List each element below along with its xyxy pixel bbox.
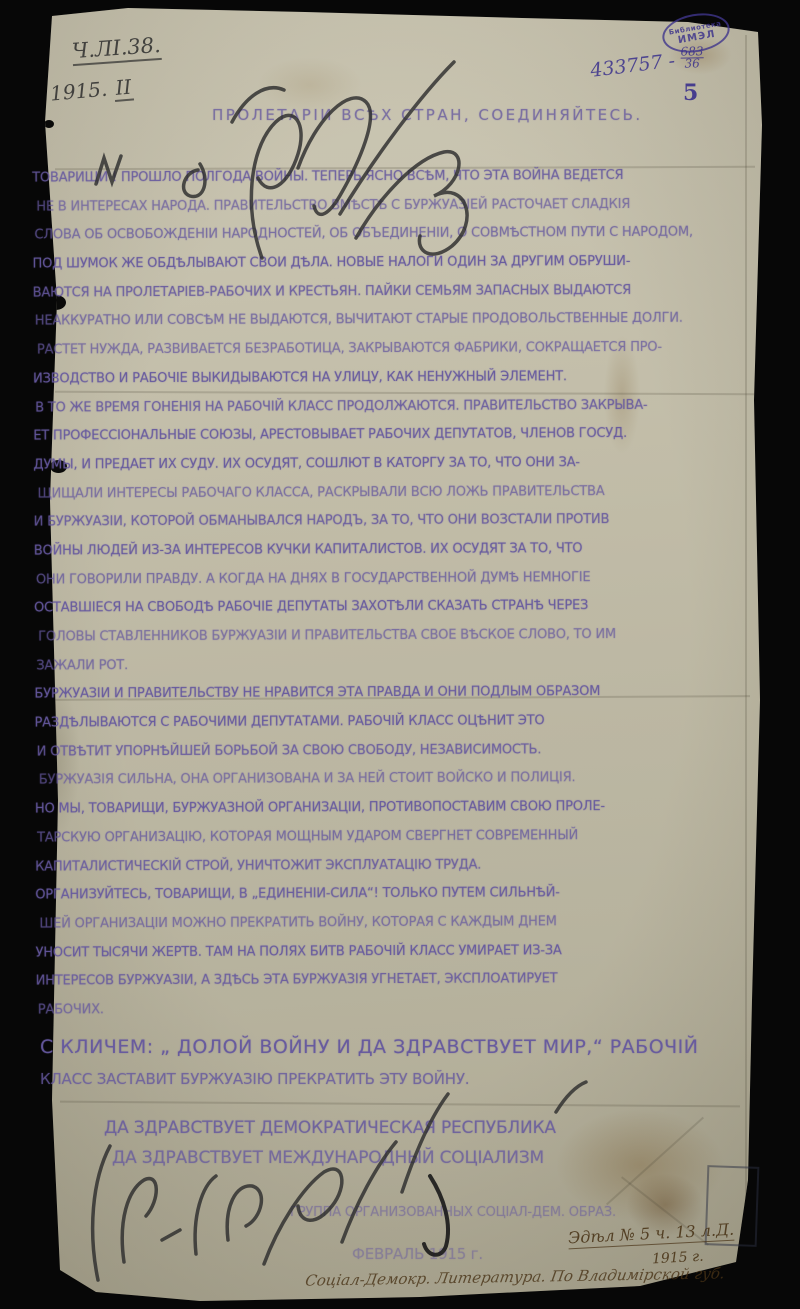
text-line: НО МЫ, ТОВАРИЩИ, БУРЖУАЗНОЙ ОРГАНИЗАЦІИ,… bbox=[35, 793, 755, 825]
slogan-socialism: ДА ЗДРАВСТВУЕТ МЕЖДУНАРОДНЫЙ СОЦІАЛИЗМ bbox=[112, 1148, 544, 1168]
text-line: ТОВАРИЩИ ! ПРОШЛО ПОЛГОДА ВОЙНЫ. ТЕПЕРЬ … bbox=[32, 161, 752, 193]
text-line: ЗАЖАЛИ РОТ. bbox=[36, 649, 754, 681]
text-line: И БУРЖУАЗІИ, КОТОРОЙ ОБМАНЫВАЛСЯ НАРОДЪ,… bbox=[34, 506, 754, 538]
text-line: ИЗВОДСТВО И РАБОЧІЕ ВЫКИДЫВАЮТСЯ НА УЛИЦ… bbox=[33, 362, 753, 394]
text-line: УНОСИТ ТЫСЯЧИ ЖЕРТВ. ТАМ НА ПОЛЯХ БИТВ Р… bbox=[36, 936, 756, 968]
text-line: ОНИ ГОВОРИЛИ ПРАВДУ. А КОГДА НА ДНЯХ В Г… bbox=[36, 563, 754, 595]
document-scan-background: Ч.ЛІ.38. 1915. ІІ Библиотека ИМЭЛ 433757… bbox=[0, 0, 800, 1309]
text-line: ГОЛОВЫ СТАВЛЕННИКОВ БУРЖУАЗІИ И ПРАВИТЕЛ… bbox=[38, 620, 754, 652]
text-line: ЩИЩАЛИ ИНТЕРЕСЫ РАБОЧАГО КЛАССА, РАСКРЫВ… bbox=[38, 477, 754, 509]
text-line: ДУМЫ, И ПРЕДАЕТ ИХ СУДУ. ИХ ОСУДЯТ, СОШЛ… bbox=[33, 448, 753, 480]
archive-year: 1915. bbox=[49, 77, 108, 106]
text-line: БУРЖУАЗІИ И ПРАВИТЕЛЬСТВУ НЕ НРАВИТСЯ ЭТ… bbox=[34, 678, 754, 710]
crease-line bbox=[606, 1117, 704, 1205]
text-line: СЛОВА ОБ ОСВОБОЖДЕНІИ НАРОДНОСТЕЙ, ОБ ОБ… bbox=[34, 219, 752, 251]
closing-call-line1: С КЛИЧЕМ: „ ДОЛОЙ ВОЙНУ И ДА ЗДРАВСТВУЕТ… bbox=[40, 1036, 699, 1058]
text-line: ВОЙНЫ ЛЮДЕЙ ИЗ-ЗА ИНТЕРЕСОВ КУЧКИ КАПИТА… bbox=[34, 534, 754, 566]
text-line: ЕТ ПРОФЕССІОНАЛЬНЫЕ СОЮЗЫ, АРЕСТОВЫВАЕТ … bbox=[33, 420, 753, 452]
text-line: ОРГАНИЗУЙТЕСЬ, ТОВАРИЩИ, В „ЕДИНЕНІИ-СИЛ… bbox=[35, 879, 755, 911]
text-line: НЕ В ИНТЕРЕСАХ НАРОДА. ПРАВИТЕЛЬСТВО ВМѢ… bbox=[36, 190, 752, 222]
text-line: ОСТАВШІЕСЯ НА СВОБОДѢ РАБОЧІЕ ДЕПУТАТЫ З… bbox=[34, 592, 754, 624]
slogan-republic: ДА ЗДРАВСТВУЕТ ДЕМОКРАТИЧЕСКАЯ РЕСПУБЛИК… bbox=[104, 1118, 556, 1138]
text-line: И ОТВѢТИТ УПОРНѢЙШЕЙ БОРЬБОЙ ЗА СВОЮ СВО… bbox=[37, 735, 755, 767]
signature-date: ФЕВРАЛЬ 1915 г. bbox=[352, 1245, 483, 1263]
text-line: ШЕЙ ОРГАНИЗАЦІИ МОЖНО ПРЕКРАТИТЬ ВОЙНУ, … bbox=[39, 907, 755, 939]
leaflet-body-text: ТОВАРИЩИ ! ПРОШЛО ПОЛГОДА ВОЙНЫ. ТЕПЕРЬ … bbox=[32, 161, 756, 1025]
text-line: ПОД ШУМОК ЖЕ ОБДѢЛЫВАЮТ СВОИ ДѢЛА. НОВЫЕ… bbox=[33, 247, 753, 279]
header-slogan: ПРОЛЕТАРІИ ВСѢХ СТРАН, СОЕДИНЯЙТЕСЬ. bbox=[212, 106, 643, 124]
closing-call-line2: КЛАСС ЗАСТАВИТ БУРЖУАЗІЮ ПРЕКРАТИТЬ ЭТУ … bbox=[40, 1070, 469, 1088]
text-line: РАБОЧИХ. bbox=[38, 993, 756, 1025]
shelf-code: 683 36 bbox=[680, 46, 703, 69]
text-line: ИНТЕРЕСОВ БУРЖУАЗІИ, А ЗДѢСЬ ЭТА БУРЖУАЗ… bbox=[36, 965, 756, 997]
text-line: ВАЮТСЯ НА ПРОЛЕТАРІЕВ-РАБОЧИХ И КРЕСТЬЯН… bbox=[33, 276, 753, 308]
crease-line bbox=[60, 1101, 740, 1108]
text-line: В ТО ЖЕ ВРЕМЯ ГОНЕНІЯ НА РАБОЧІЙ КЛАСС П… bbox=[35, 391, 753, 423]
archive-roman-numeral: ІІ bbox=[112, 74, 134, 102]
text-line: РАЗДѢЛЫВАЮТСЯ С РАБОЧИМИ ДЕПУТАТАМИ. РАБ… bbox=[35, 706, 755, 738]
text-line: БУРЖУАЗІЯ СИЛЬНА, ОНА ОРГАНИЗОВАНА И ЗА … bbox=[39, 764, 755, 796]
page-number: 5 bbox=[683, 80, 698, 106]
text-line: РАСТЕТ НУЖДА, РАЗВИВАЕТСЯ БЕЗРАБОТИЦА, З… bbox=[37, 334, 753, 366]
text-line: НЕАККУРАТНО ИЛИ СОВСѢМ НЕ ВЫДАЮТСЯ, ВЫЧИ… bbox=[35, 305, 753, 337]
text-line: КАПИТАЛИСТИЧЕСКІЙ СТРОЙ, УНИЧТОЖИТ ЭКСПЛ… bbox=[35, 850, 755, 882]
signature-group: ГРУППА ОРГАНИЗОВАННЫХ СОЦІАЛ-ДЕМ. ОБРАЗ. bbox=[290, 1205, 616, 1220]
paper-hole bbox=[44, 120, 54, 128]
shelf-code-denominator: 36 bbox=[681, 58, 704, 69]
text-line: ТАРСКУЮ ОРГАНИЗАЦІЮ, КОТОРАЯ МОЩНЫМ УДАР… bbox=[37, 821, 755, 853]
